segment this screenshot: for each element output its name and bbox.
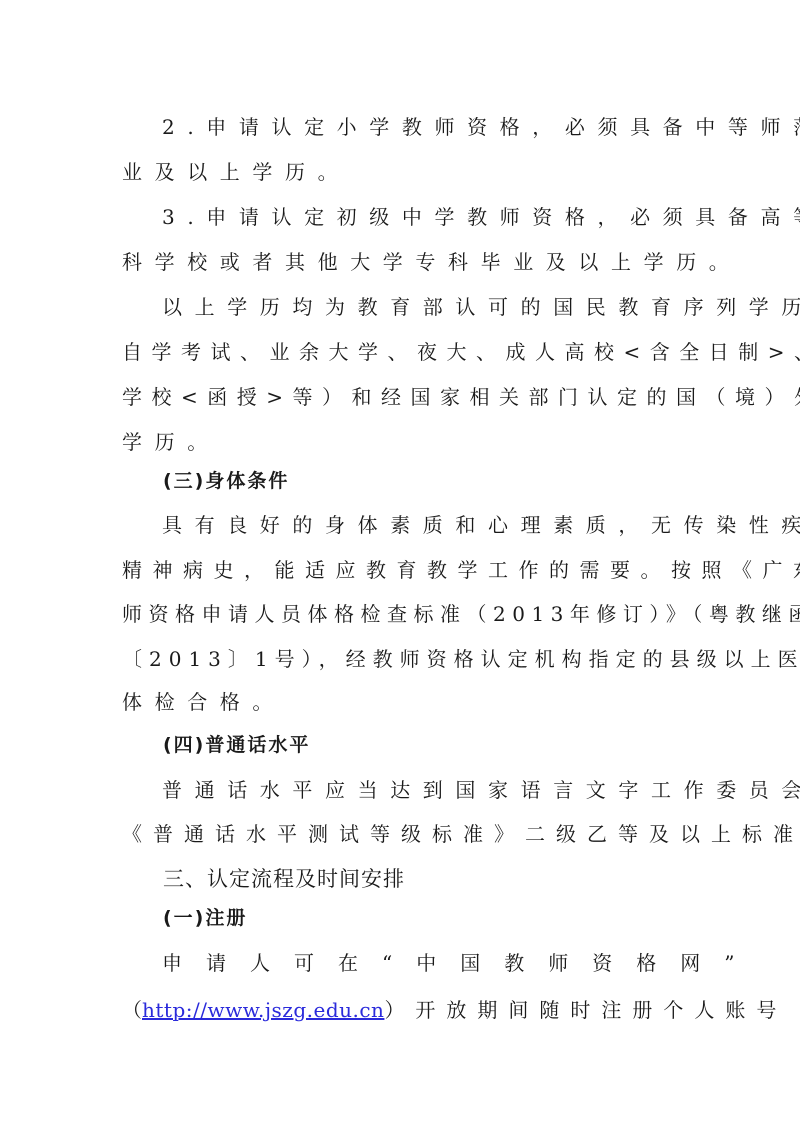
paragraph-line: 学校<函授>等）和经国家相关部门认定的国（境）外同等 (122, 384, 682, 410)
paragraph-line: 具有良好的身体素质和心理素质，无传染性疾病，无 (162, 512, 682, 538)
paragraph-line: 《普通话水平测试等级标准》二级乙等及以上标准。 (122, 821, 682, 847)
paragraph-line: 以上学历均为教育部认可的国民教育序列学历（包括 (162, 294, 682, 320)
section-heading-process: 三、认定流程及时间安排 (163, 865, 405, 893)
paragraph-line-with-link: （http://www.jszg.edu.cn）开放期间随时注册个人账号 (122, 997, 682, 1023)
paragraph-line: 科学校或者其他大学专科毕业及以上学历。 (122, 249, 682, 275)
paragraph-line: 精神病史，能适应教育教学工作的需要。按照《广东省教 (122, 557, 682, 583)
paragraph-line: 3.申请认定初级中学教师资格，必须具备高等师范专 (162, 204, 682, 230)
paragraph-line: 2.申请认定小学教师资格，必须具备中等师范学校毕 (162, 114, 682, 140)
paragraph-line: 学历。 (122, 429, 682, 455)
heading-physical-conditions: (三)身体条件 (163, 468, 289, 494)
open-paren: （ (122, 998, 142, 1022)
paragraph-line: 自学考试、业余大学、夜大、成人高校<含全日制>、网络 (122, 339, 682, 365)
paragraph-line: 体检合格。 (122, 689, 682, 715)
paragraph-line: 〔2013〕1号），经教师资格认定机构指定的县级以上医院 (122, 646, 682, 672)
paragraph-line: 申请人可在“中国教师资格网” (162, 950, 682, 976)
link-trailing-text: ）开放期间随时注册个人账号 (384, 998, 787, 1022)
heading-mandarin-level: (四)普通话水平 (163, 732, 310, 758)
heading-register: (一)注册 (163, 905, 247, 931)
paragraph-line: 业及以上学历。 (122, 159, 682, 185)
paragraph-line: 师资格申请人员体格检查标准（2013年修订）》（粤教继函 (122, 601, 682, 627)
paragraph-line: 普通话水平应当达到国家语言文字工作委员会颁布的 (162, 777, 682, 803)
jszg-website-link[interactable]: http://www.jszg.edu.cn (142, 998, 384, 1022)
